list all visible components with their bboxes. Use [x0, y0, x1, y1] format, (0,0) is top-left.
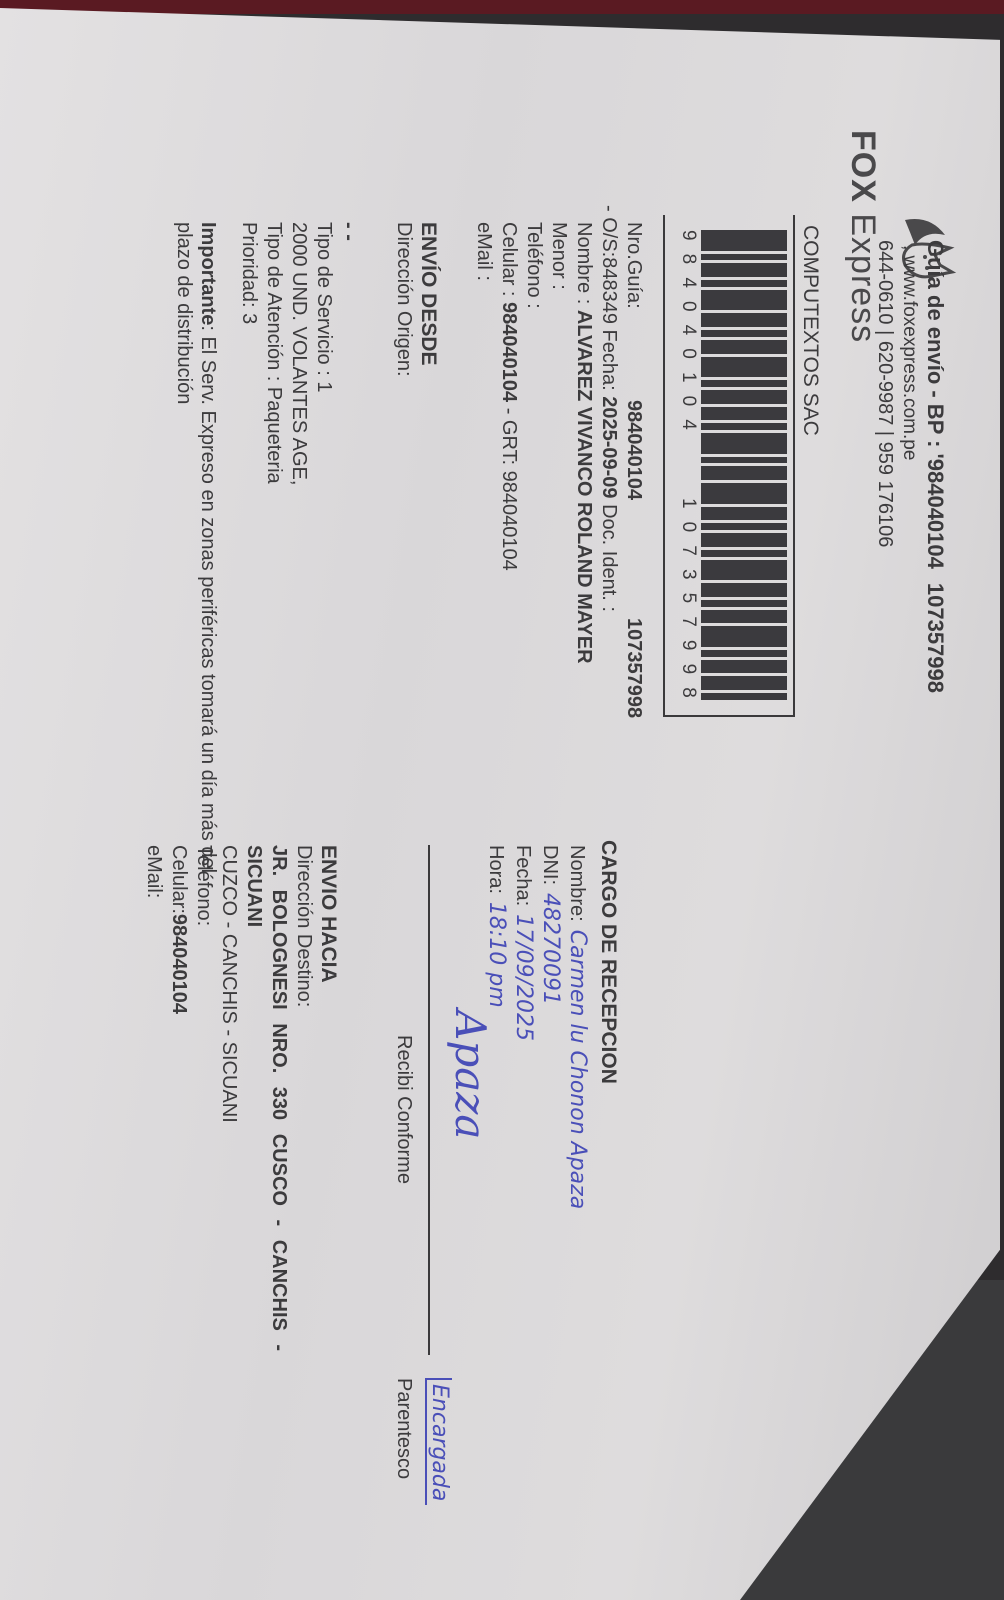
receipt-date-line: Fecha:17/09/2025 [511, 845, 536, 1041]
destination-email-label: eMail: [142, 845, 165, 898]
order-line: - O/S:848349 Fecha: 2025-09-09 Doc. Iden… [597, 205, 620, 612]
sender-name-line: Nombre : ALVAREZ VIVANCO ROLAND MAYER [572, 222, 595, 664]
received-conform-label: Recibi Conforme [392, 1035, 415, 1184]
receipt-time-line: Hora:18:10 pm [484, 845, 509, 1008]
guide-number-label: Nro.Guía: [622, 222, 645, 309]
destination-heading: ENVIO HACIA [316, 845, 340, 983]
barcode-digits: 984040104 107357998 [677, 230, 699, 700]
barcode-bars [701, 230, 787, 700]
important-notice: Importante: El Serv. Expreso en zonas pe… [172, 222, 220, 922]
receipt-date-handwritten: 17/09/2025 [511, 914, 536, 1041]
receiver-dni-handwritten: 48270091 [538, 893, 563, 1005]
origin-heading: ENVÍO DESDE [416, 222, 440, 366]
separator-dashes: - - [337, 222, 360, 241]
sender-email-label: eMail : [472, 222, 495, 281]
destination-address-line2: SICUANI [242, 845, 265, 927]
destination-phone-label: Teléfono: [192, 845, 215, 926]
destination-mobile-line: Celular:984040104 [167, 845, 190, 1014]
guide-number-1: 984040104 [622, 400, 645, 500]
service-type: Tipo de Servicio : 1 [312, 222, 335, 392]
website-text: , www.foxexpress.com.pe [898, 245, 920, 460]
receiver-name-handwritten: Carmen lu Chonon Apaza [565, 930, 590, 1209]
relationship-label: Parentesco [392, 1378, 415, 1479]
destination-address-line1: JR. BOLOGNESI NRO. 330 CUSCO - CANCHIS - [267, 845, 290, 1351]
reception-heading: CARGO DE RECEPCION [596, 840, 620, 1084]
priority: Prioridad: 3 [237, 222, 260, 324]
sender-company: COMPUTEXTOS SAC [798, 225, 822, 436]
phone-numbers: 644-0610 | 620-9987 | 959 176106 [873, 240, 896, 547]
origin-address-label: Dirección Origen: [392, 222, 415, 377]
sender-phone-label: Teléfono : [522, 222, 545, 309]
sender-name: ALVAREZ VIVANCO ROLAND MAYER [573, 310, 595, 664]
order-date: 2025-09-09 [598, 396, 620, 498]
receiver-name-line: Nombre:Carmen lu Chonon Apaza [565, 845, 590, 1209]
barcode: 984040104 107357998 [663, 215, 795, 717]
receipt-time-handwritten: 18:10 pm [484, 902, 509, 1008]
shipment-contents: 2000 UND. VOLANTES AGE, [287, 222, 310, 485]
relationship-handwritten: Encargada [425, 1378, 452, 1505]
receiver-signature: Apaza [446, 1010, 495, 1139]
shipping-guide-document: FOX Express Guía de envío - BP : '984040… [0, 0, 1000, 1600]
attention-type: Tipo de Atención : Paqueteria [262, 222, 285, 484]
menor-label: Menor : [547, 222, 570, 290]
destination-address-label: Dirección Destino: [292, 845, 315, 1007]
guide-number-2: 107357998 [622, 618, 645, 718]
document-title: Guía de envío - BP : '984040104107357998 [922, 240, 948, 693]
destination-province: CUZCO - CANCHIS - SICUANI [217, 845, 240, 1123]
receiver-dni-line: DNI:48270091 [538, 845, 563, 1005]
sender-mobile-line: Celular : 984040104 - GRT: 984040104 [497, 222, 520, 571]
signature-line [428, 845, 430, 1355]
